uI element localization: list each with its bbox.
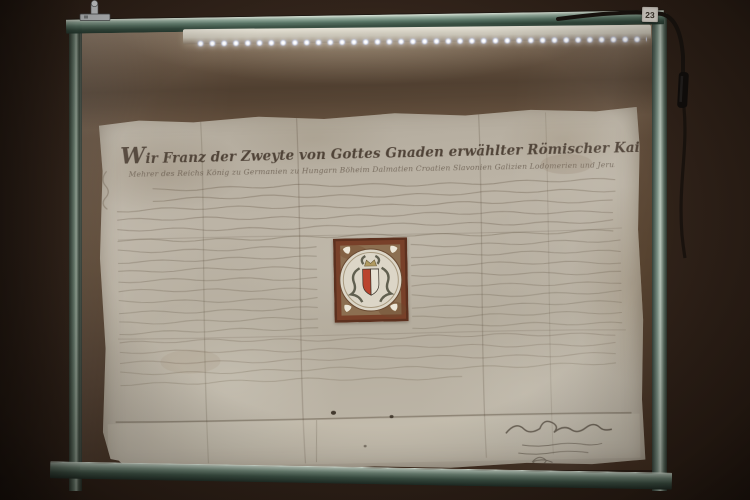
margin-flourish xyxy=(103,171,109,209)
parchment-hole xyxy=(331,411,336,415)
photo-background: Wir Franz der Zweyte von Gottes Gnaden e… xyxy=(0,0,750,500)
exhibit-number: 23 xyxy=(645,9,655,19)
glass-left-edge xyxy=(69,23,82,491)
exhibit-number-label: 23 xyxy=(642,7,658,22)
coat-of-arms xyxy=(333,237,409,322)
power-cable xyxy=(550,0,720,260)
mounting-clamp xyxy=(76,0,116,26)
signature-flourish xyxy=(498,417,627,470)
